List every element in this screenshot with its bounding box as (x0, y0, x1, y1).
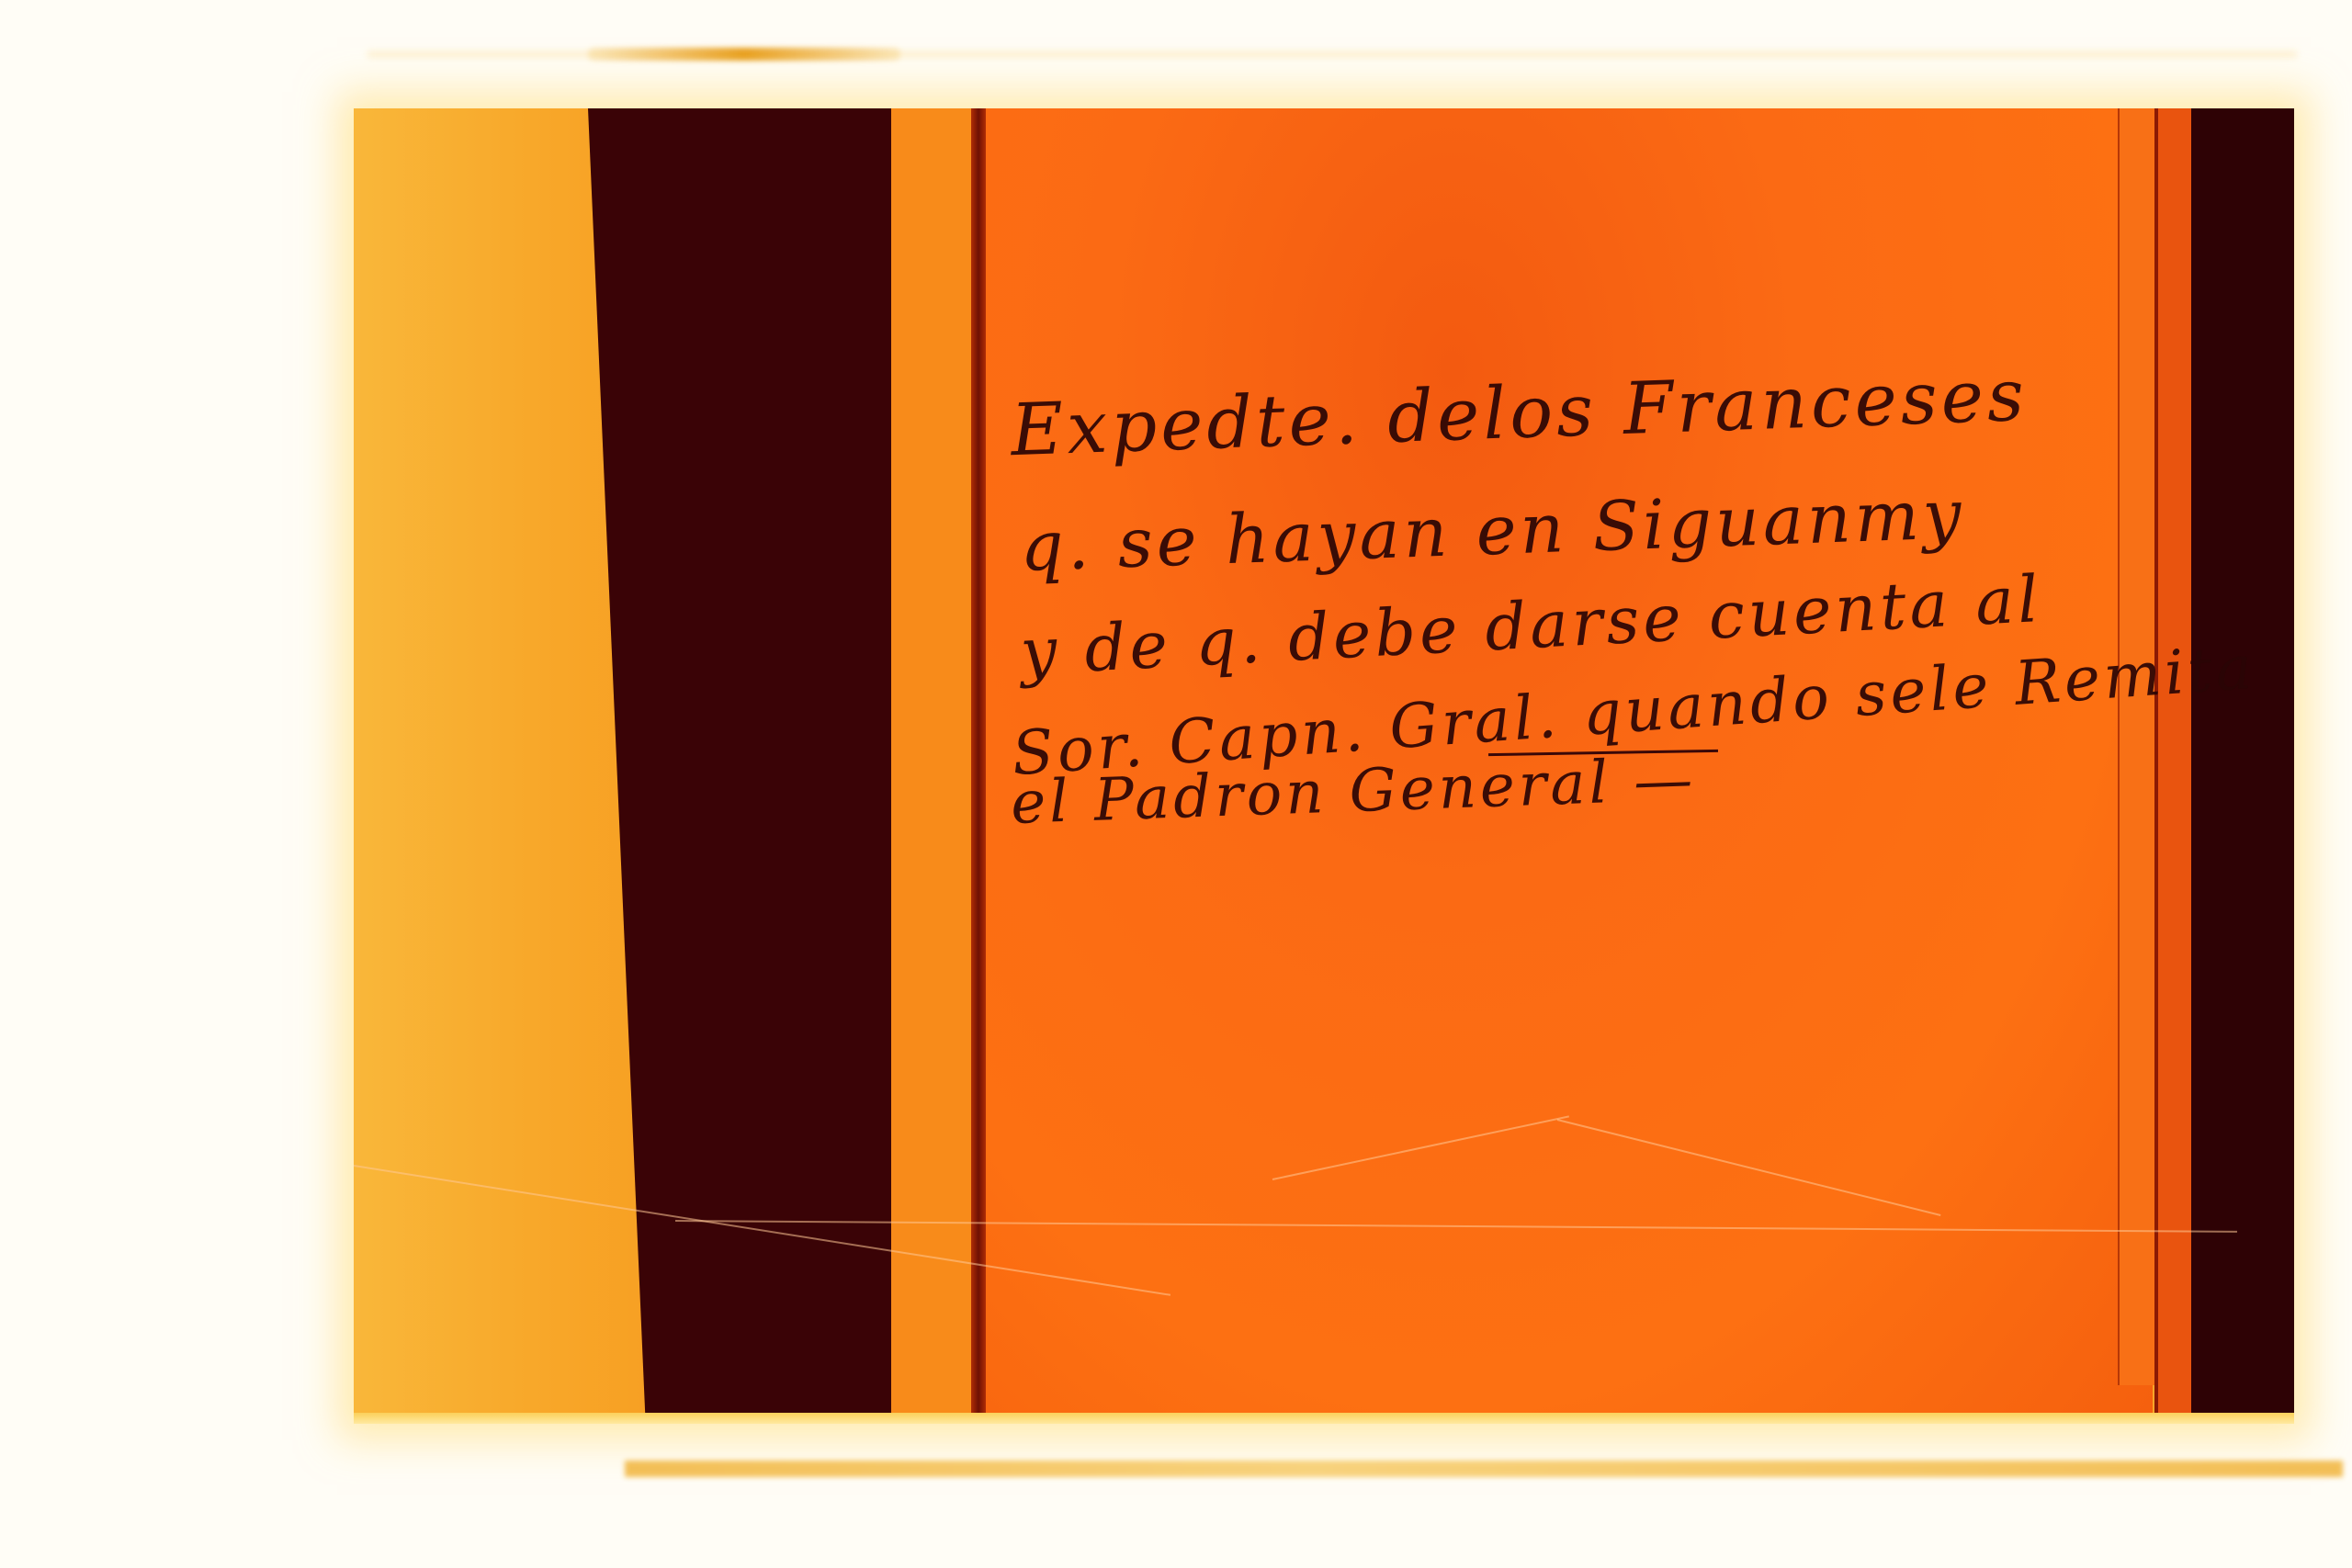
film-frame (354, 108, 2294, 1424)
page-underlay-strip (891, 108, 974, 1424)
page-edge-shadow (2154, 108, 2195, 1424)
film-edge-top-streak (588, 48, 900, 61)
right-binding-band (2191, 108, 2294, 1424)
film-edge-bottom-streak (625, 1461, 2343, 1477)
manuscript-page (986, 108, 2153, 1413)
gutter-fold-line (971, 108, 986, 1424)
page-edge (2118, 108, 2156, 1385)
frame-bottom-edge (354, 1413, 2294, 1424)
